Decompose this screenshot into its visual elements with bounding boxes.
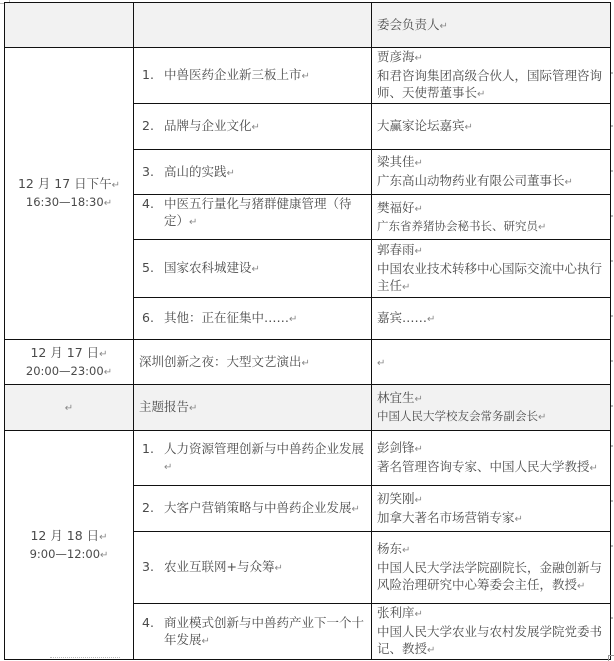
paragraph-mark-icon: ↵ xyxy=(577,581,585,592)
row-end-mark xyxy=(611,617,613,619)
paragraph-mark-icon: ↵ xyxy=(352,504,360,515)
speaker-cell: 彭剑锋↵ 著名管理咨询专家、中国人民大学教授↵ xyxy=(372,431,611,486)
speaker-name: 樊福好 xyxy=(377,200,415,215)
paragraph-mark-icon: ↵ xyxy=(465,122,473,133)
topic-cell: 1.人力资源管理创新与中兽药企业发展↵ xyxy=(134,431,372,486)
paragraph-mark-icon: ↵ xyxy=(415,394,423,405)
paragraph-mark-icon: ↵ xyxy=(402,282,410,293)
speaker-cell: ↵ xyxy=(372,340,611,385)
paragraph-mark-icon: ↵ xyxy=(415,246,423,257)
topic-text: 中兽医药企业新三板上市 xyxy=(164,67,302,82)
paragraph-mark-icon: ↵ xyxy=(427,314,435,325)
speaker-cell: 贾彦海↵ 和君咨询集团高级合伙人，国际管理咨询师、天使帮董事长↵ xyxy=(372,48,611,104)
paragraph-mark-icon: ↵ xyxy=(202,636,210,647)
paragraph-mark-icon: ↵ xyxy=(415,204,423,215)
paragraph-mark-icon: ↵ xyxy=(427,645,435,656)
paragraph-mark-icon: ↵ xyxy=(227,168,235,179)
topic-text: 品牌与企业文化 xyxy=(164,118,252,133)
speaker-name: 彭剑锋 xyxy=(377,440,415,455)
item-number: 3. xyxy=(139,163,164,182)
row-end-mark xyxy=(611,125,613,127)
paragraph-mark-icon: ↵ xyxy=(538,222,546,233)
clipped-text-below xyxy=(50,657,120,661)
item-number: 6. xyxy=(139,309,164,328)
topic-text: 国家农科城建设 xyxy=(164,260,252,275)
row-end-mark xyxy=(611,545,613,547)
table-row: 12 月 18 日↵ 9:00—12:00↵ 1.人力资源管理创新与中兽药企业发… xyxy=(5,431,611,486)
paragraph-mark-icon: ↵ xyxy=(377,358,385,369)
topic-cell: 6.其他：正在征集中……↵ xyxy=(134,298,372,340)
speaker-name: 初笑刚 xyxy=(377,491,415,506)
paragraph-mark-icon: ↵ xyxy=(515,514,523,525)
speaker-name: 林宜生 xyxy=(377,390,415,405)
topic-cell xyxy=(134,3,372,48)
paragraph-mark-icon: ↵ xyxy=(104,367,112,378)
page-corner-mark xyxy=(608,655,614,661)
row-end-mark xyxy=(611,405,613,407)
speaker-cell: 嘉宾……↵ xyxy=(372,298,611,340)
topic-cell: 3.高山的实践↵ xyxy=(134,150,372,195)
speaker-cell: 大赢家论坛嘉宾↵ xyxy=(372,104,611,150)
speaker-title: 和君咨询集团高级合伙人，国际管理咨询师、天使帮董事长 xyxy=(377,68,602,100)
paragraph-mark-icon: ↵ xyxy=(289,314,297,325)
paragraph-mark-icon: ↵ xyxy=(415,53,423,64)
item-number: 5. xyxy=(139,259,164,278)
topic-cell: 4.商业模式创新与中兽药产业下一个十年发展↵ xyxy=(134,604,372,660)
session-date: 12 月 17 日下午 xyxy=(18,176,112,191)
paragraph-mark-icon: ↵ xyxy=(302,358,310,369)
topic-text: 商业模式创新与中兽药产业下一个十年发展 xyxy=(164,615,364,647)
agenda-table: 委会负责人↵ 12 月 17 日下午↵ 16:30—18:30↵ 1.中兽医药企… xyxy=(4,2,611,660)
paragraph-mark-icon: ↵ xyxy=(538,412,546,423)
table-row: 12 月 17 日下午↵ 16:30—18:30↵ 1.中兽医药企业新三板上市↵… xyxy=(5,48,611,104)
paragraph-mark-icon: ↵ xyxy=(99,532,107,543)
speaker-title: 中国人民大学法学院副院长，金融创新与风险治理研究中心筹委会主任，教授 xyxy=(377,560,602,592)
item-number: 2. xyxy=(139,499,164,518)
speaker-cell: 林宜生↵ 中国人民大学校友会常务副会长↵ xyxy=(372,385,611,431)
speaker-title: 广东省养猪协会秘书长、研究员 xyxy=(377,219,538,233)
speaker-name: 张利庠 xyxy=(377,605,415,620)
session-time-cell: 12 月 18 日↵ 9:00—12:00↵ xyxy=(5,431,134,660)
speaker-cell: 郭春雨↵ 中国农业技术转移中心国际交流中心执行主任↵ xyxy=(372,240,611,298)
row-end-mark xyxy=(611,315,613,317)
time-cell: ↵ xyxy=(5,385,134,431)
row-end-mark xyxy=(611,500,613,502)
speaker-title: 中国人民大学农业与农村发展学院党委书记、教授 xyxy=(377,624,602,656)
speaker-title: 中国农业技术转移中心国际交流中心执行主任 xyxy=(377,261,602,293)
row-end-mark xyxy=(611,170,613,172)
paragraph-mark-icon: ↵ xyxy=(415,444,423,455)
topic-text: 其他：正在征集中…… xyxy=(164,310,289,325)
topic-cell: 4.中医五行量化与猪群健康管理（待定）↵ xyxy=(134,195,372,240)
paragraph-mark-icon: ↵ xyxy=(415,495,423,506)
topic-cell: 2.大客户营销策略与中兽药企业发展↵ xyxy=(134,486,372,532)
paragraph-mark-icon: ↵ xyxy=(402,545,410,556)
paragraph-mark-icon: ↵ xyxy=(415,158,423,169)
speaker-cell: 初笑刚↵ 加拿大著名市场营销专家↵ xyxy=(372,486,611,532)
paragraph-mark-icon: ↵ xyxy=(440,21,448,32)
paragraph-mark-icon: ↵ xyxy=(302,71,310,82)
speaker-name: 梁其佳 xyxy=(377,154,415,169)
paragraph-mark-icon: ↵ xyxy=(164,462,172,473)
session-time: 9:00—12:00 xyxy=(30,547,100,561)
row-end-mark xyxy=(611,260,613,262)
paragraph-mark-icon: ↵ xyxy=(65,403,73,414)
table-row-header: 委会负责人↵ xyxy=(5,3,611,48)
session-time-cell: 12 月 17 日下午↵ 16:30—18:30↵ xyxy=(5,48,134,340)
topic-text: 人力资源管理创新与中兽药企业发展 xyxy=(164,441,364,456)
speaker-name: 郭春雨 xyxy=(377,242,415,257)
speaker-cell: 梁其佳↵ 广东高山动物药业有限公司董事长↵ xyxy=(372,150,611,195)
speaker-name: 贾彦海 xyxy=(377,49,415,64)
time-cell xyxy=(5,3,134,48)
row-end-mark xyxy=(611,445,613,447)
speaker-cell: 杨东↵ 中国人民大学法学院副院长，金融创新与风险治理研究中心筹委会主任，教授↵ xyxy=(372,532,611,604)
topic-text: 高山的实践 xyxy=(164,164,227,179)
item-number: 3. xyxy=(139,558,164,577)
speaker-title: 广东高山动物药业有限公司董事长 xyxy=(377,173,565,188)
paragraph-mark-icon: ↵ xyxy=(252,122,260,133)
paragraph-mark-icon: ↵ xyxy=(274,563,282,574)
speaker-cell: 张利庠↵ 中国人民大学农业与农村发展学院党委书记、教授↵ xyxy=(372,604,611,660)
paragraph-mark-icon: ↵ xyxy=(104,198,112,209)
table-row-keynote: ↵ 主题报告↵ 林宜生↵ 中国人民大学校友会常务副会长↵ xyxy=(5,385,611,431)
paragraph-mark-icon: ↵ xyxy=(565,177,573,188)
row-end-mark xyxy=(611,72,613,74)
item-number: 1. xyxy=(139,66,164,85)
topic-text: 大客户营销策略与中兽药企业发展 xyxy=(164,500,352,515)
speaker-cell: 委会负责人↵ xyxy=(372,3,611,48)
paragraph-mark-icon: ↵ xyxy=(189,217,197,228)
speaker-title: 中国人民大学校友会常务副会长 xyxy=(377,409,538,423)
topic-cell: 1.中兽医药企业新三板上市↵ xyxy=(134,48,372,104)
paragraph-mark-icon: ↵ xyxy=(112,180,120,191)
paragraph-mark-icon: ↵ xyxy=(100,550,108,561)
session-date: 12 月 18 日 xyxy=(30,528,99,543)
session-time-cell: 12 月 17 日↵ 20:00—23:00↵ xyxy=(5,340,134,385)
topic-text: 主题报告 xyxy=(139,399,189,414)
item-number: 2. xyxy=(139,117,164,136)
row-end-mark xyxy=(611,360,613,362)
item-number: 4. xyxy=(139,614,164,650)
paragraph-mark-icon: ↵ xyxy=(99,349,107,360)
topic-text: 农业互联网+与众筹 xyxy=(164,559,274,574)
session-time: 20:00—23:00 xyxy=(26,364,104,378)
speaker-name: 杨东 xyxy=(377,541,402,556)
paragraph-mark-icon: ↵ xyxy=(477,89,485,100)
speaker-name: 嘉宾…… xyxy=(377,310,427,325)
paragraph-mark-icon: ↵ xyxy=(189,403,197,414)
speaker-cell: 樊福好↵ 广东省养猪协会秘书长、研究员↵ xyxy=(372,195,611,240)
speaker-name: 大赢家论坛嘉宾 xyxy=(377,118,465,133)
paragraph-mark-icon: ↵ xyxy=(252,264,260,275)
topic-cell: 2.品牌与企业文化↵ xyxy=(134,104,372,150)
item-number: 4. xyxy=(139,195,164,231)
table-row-evening: 12 月 17 日↵ 20:00—23:00↵ 深圳创新之夜：大型文艺演出↵ ↵ xyxy=(5,340,611,385)
topic-cell: 5.国家农科城建设↵ xyxy=(134,240,372,298)
row-end-mark xyxy=(611,215,613,217)
speaker-label: 委会负责人 xyxy=(377,17,440,32)
session-time: 16:30—18:30 xyxy=(26,195,104,209)
paragraph-mark-icon: ↵ xyxy=(590,463,598,474)
item-number: 1. xyxy=(139,440,164,476)
topic-cell: 3.农业互联网+与众筹↵ xyxy=(134,532,372,604)
topic-cell: 深圳创新之夜：大型文艺演出↵ xyxy=(134,340,372,385)
paragraph-mark-icon: ↵ xyxy=(415,609,423,620)
session-date: 12 月 17 日 xyxy=(30,345,99,360)
topic-cell: 主题报告↵ xyxy=(134,385,372,431)
speaker-title: 加拿大著名市场营销专家 xyxy=(377,510,515,525)
speaker-title: 著名管理咨询专家、中国人民大学教授 xyxy=(377,459,590,474)
topic-text: 深圳创新之夜：大型文艺演出 xyxy=(139,354,302,369)
